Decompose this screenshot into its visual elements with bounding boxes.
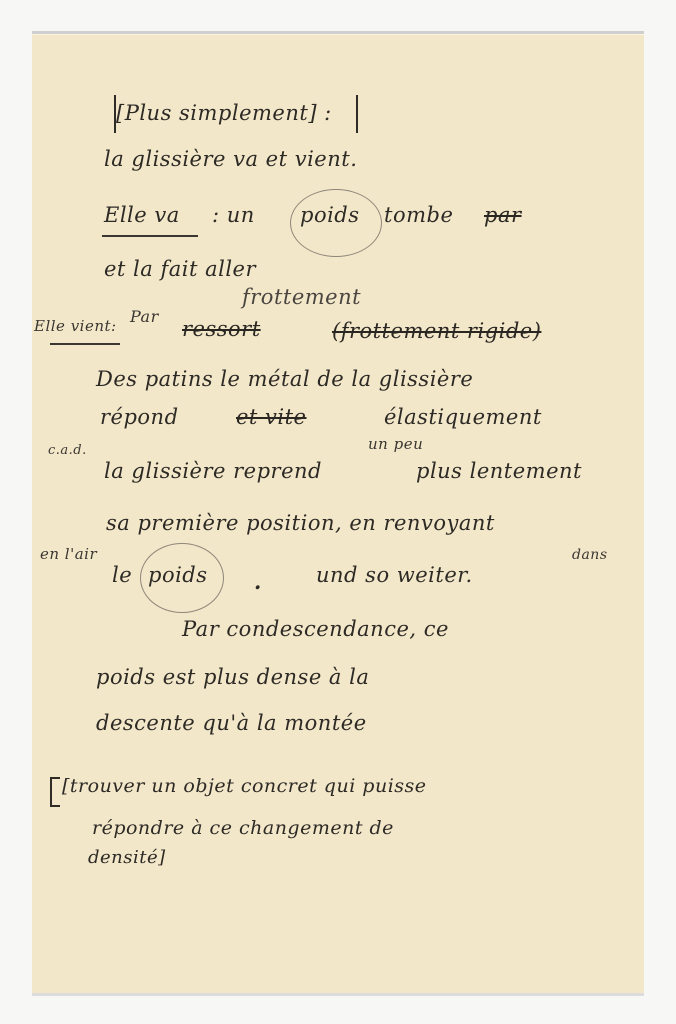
note-text-la-glissiere-reprend: la glissière reprend <box>104 459 322 483</box>
note-line-des-patins: Des patins le métal de la glissière <box>96 367 473 391</box>
note-text-elastiquement: élastiquement <box>384 405 542 429</box>
note-line-poids-est-plus-dense: poids est plus dense à la <box>96 665 369 689</box>
margin-note-elle-vient: Elle vient: <box>34 317 117 335</box>
note-text-le: le <box>112 563 132 587</box>
underline-elle-va <box>102 235 198 237</box>
note-text-poids-2: poids <box>148 563 208 587</box>
note-line-plus-simplement: [Plus simplement] : <box>116 101 332 125</box>
note-text-struck-et-vite: et vite <box>236 405 307 429</box>
insert-note-frottement: frottement <box>242 285 361 309</box>
note-line-sa-premiere-position: sa première position, en renvoyant <box>106 511 495 535</box>
note-line-et-la-fait-aller: et la fait aller <box>104 257 256 281</box>
note-text-struck-frottement-rigide: (frottement rigide) <box>332 319 541 343</box>
note-line-repondre-changement: répondre à ce changement de <box>92 817 394 839</box>
manuscript-page: [Plus simplement] : la glissière va et v… <box>32 34 644 993</box>
note-text-elle-va: Elle va <box>104 203 180 227</box>
note-text-struck-ressort: ressort <box>182 317 261 341</box>
note-line-densite: densité] <box>88 847 166 868</box>
bracket-open-trouver <box>50 777 60 807</box>
note-line-par-condescendance: Par condescendance, ce <box>182 617 449 641</box>
note-text-und-so-weiter: und so weiter. <box>316 563 473 587</box>
note-line-descente-quala-montee: descente qu'à la montée <box>96 711 367 735</box>
margin-note-dans: dans <box>572 547 608 563</box>
note-text-par: Par <box>130 307 159 326</box>
note-text-tombe: tombe <box>384 203 453 227</box>
note-line-glissiere-va-et-vient: la glissière va et vient. <box>104 147 357 171</box>
margin-note-cad: c.a.d. <box>48 443 87 458</box>
note-text-struck-par: par <box>484 203 522 227</box>
note-text-dot: . <box>254 569 262 594</box>
note-text-repond: répond <box>100 405 179 429</box>
note-text-un: : un <box>212 203 255 227</box>
note-text-plus-lentement: plus lentement <box>416 459 582 483</box>
note-text-poids: poids <box>300 203 360 227</box>
insert-note-un-peu: un peu <box>368 435 423 453</box>
margin-note-en-lair: en l'air <box>40 545 97 563</box>
note-line-trouver-un-objet: [trouver un objet concret qui puisse <box>62 775 427 797</box>
underline-elle-vient <box>50 343 120 345</box>
